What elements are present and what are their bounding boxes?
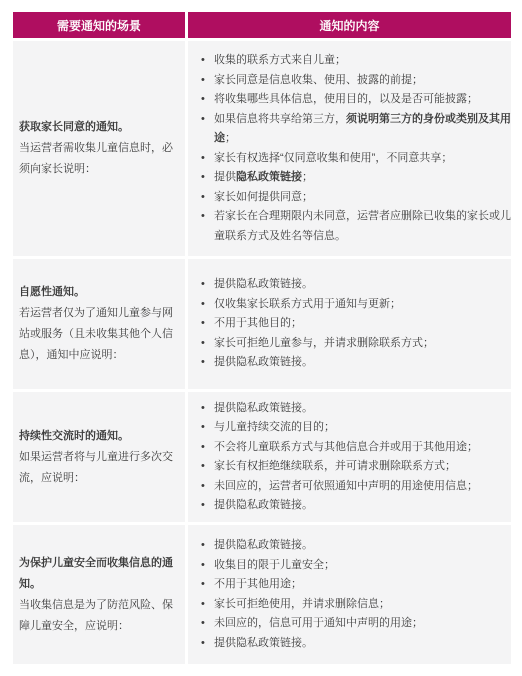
- bullet-text: 家长同意是信息收集、使用、披露的前提；: [214, 74, 423, 86]
- bullet-text: 仅收集家长联系方式用于通知与更新；: [214, 298, 401, 310]
- header-scenario: 需要通知的场景: [13, 12, 185, 38]
- table-body: 获取家长同意的通知。当运营者需收集儿童信息时，必须向家长说明：收集的联系方式来自…: [13, 41, 511, 664]
- scenario-cell: 为保护儿童安全而收集信息的通知。当收集信息是为了防范风险、保障儿童安全，应说明：: [13, 525, 185, 664]
- bullet-text: 提供隐私政策链接。: [214, 402, 313, 414]
- bullet-text: 家长如何提供同意；: [214, 191, 313, 203]
- bullet-item: 未回应的，信息可用于通知中声明的用途；: [188, 614, 511, 634]
- bullet-text: 未回应的，运营者可依照通知中声明的用途使用信息；: [214, 480, 478, 492]
- bullet-item: 家长同意是信息收集、使用、披露的前提；: [188, 71, 511, 91]
- notification-table: 需要通知的场景 通知的内容 获取家长同意的通知。当运营者需收集儿童信息时，必须向…: [10, 9, 514, 667]
- bullet-item: 提供隐私政策链接。: [188, 496, 511, 516]
- table-row: 持续性交流时的通知。如果运营者将与儿童进行多次交流，应说明：提供隐私政策链接。与…: [13, 392, 511, 522]
- bullet-item: 不用于其他用途；: [188, 575, 511, 595]
- scenario-title: 为保护儿童安全而收集信息的通知。: [19, 553, 179, 595]
- scenario-title: 持续性交流时的通知。: [19, 426, 179, 447]
- bullet-text: 如果信息将共享给第三方，: [214, 113, 346, 125]
- bullet-item: 提供隐私政策链接。: [188, 536, 511, 556]
- bullet-item: 若家长在合理期限内未同意，运营者应删除已收集的家长或儿童联系方式及姓名等信息。: [188, 207, 511, 246]
- scenario-cell: 自愿性通知。若运营者仅为了通知儿童参与网站或服务（且未收集其他个人信息），通知中…: [13, 259, 185, 389]
- scenario-description: 如果运营者将与儿童进行多次交流，应说明：: [19, 447, 179, 489]
- bullet-text: 未回应的，信息可用于通知中声明的用途；: [214, 617, 423, 629]
- bullet-item: 不会将儿童联系方式与其他信息合并或用于其他用途；: [188, 438, 511, 458]
- bullet-text: 提供隐私政策链接。: [214, 278, 313, 290]
- notice-content-cell: 提供隐私政策链接。仅收集家长联系方式用于通知与更新；不用于其他目的；家长可拒绝儿…: [188, 259, 511, 389]
- bullet-item: 家长如何提供同意；: [188, 188, 511, 208]
- table-row: 自愿性通知。若运营者仅为了通知儿童参与网站或服务（且未收集其他个人信息），通知中…: [13, 259, 511, 389]
- bullet-text: 将收集哪些具体信息，使用目的，以及是否可能披露；: [214, 93, 478, 105]
- bullet-text: 家长有权拒绝继续联系，并可请求删除联系方式；: [214, 460, 456, 472]
- bullet-text: 收集的联系方式来自儿童；: [214, 54, 346, 66]
- scenario-description: 若运营者仅为了通知儿童参与网站或服务（且未收集其他个人信息），通知中应说明：: [19, 303, 179, 366]
- bullet-text: 与儿童持续交流的目的；: [214, 421, 335, 433]
- bullet-item: 家长可拒绝儿童参与，并请求删除联系方式；: [188, 334, 511, 354]
- table-row: 为保护儿童安全而收集信息的通知。当收集信息是为了防范风险、保障儿童安全，应说明：…: [13, 525, 511, 664]
- bullet-text: ；: [225, 132, 236, 144]
- bullet-item: 提供隐私政策链接。: [188, 275, 511, 295]
- scenario-title: 自愿性通知。: [19, 282, 179, 303]
- table-row: 获取家长同意的通知。当运营者需收集儿童信息时，必须向家长说明：收集的联系方式来自…: [13, 41, 511, 256]
- bullet-text: 不用于其他用途；: [214, 578, 302, 590]
- bullet-text: 提供隐私政策链接。: [214, 637, 313, 649]
- document-page: 需要通知的场景 通知的内容 获取家长同意的通知。当运营者需收集儿童信息时，必须向…: [0, 0, 522, 676]
- scenario-title: 获取家长同意的通知。: [19, 117, 179, 138]
- table-header-row: 需要通知的场景 通知的内容: [13, 12, 511, 38]
- bullet-text: 提供隐私政策链接。: [214, 356, 313, 368]
- bullet-item: 家长可拒绝使用，并请求删除信息；: [188, 595, 511, 615]
- bullet-item: 收集的联系方式来自儿童；: [188, 51, 511, 71]
- bullet-list: 收集的联系方式来自儿童；家长同意是信息收集、使用、披露的前提；将收集哪些具体信息…: [188, 51, 511, 246]
- bullet-item: 家长有权选择“仅同意收集和使用”，不同意共享；: [188, 149, 511, 169]
- bullet-text-bold: 隐私政策链接: [236, 171, 302, 183]
- bullet-text: 提供: [214, 171, 236, 183]
- bullet-item: 提供隐私政策链接。: [188, 399, 511, 419]
- bullet-text: 不用于其他目的；: [214, 317, 302, 329]
- notice-content-cell: 提供隐私政策链接。收集目的限于儿童安全；不用于其他用途；家长可拒绝使用，并请求删…: [188, 525, 511, 664]
- bullet-item: 家长有权拒绝继续联系，并可请求删除联系方式；: [188, 457, 511, 477]
- bullet-text: 提供隐私政策链接。: [214, 539, 313, 551]
- scenario-cell: 持续性交流时的通知。如果运营者将与儿童进行多次交流，应说明：: [13, 392, 185, 522]
- bullet-text: 家长可拒绝使用，并请求删除信息；: [214, 598, 390, 610]
- bullet-item: 收集目的限于儿童安全；: [188, 556, 511, 576]
- bullet-item: 提供隐私政策链接；: [188, 168, 511, 188]
- scenario-cell: 获取家长同意的通知。当运营者需收集儿童信息时，必须向家长说明：: [13, 41, 185, 256]
- header-notice-content: 通知的内容: [188, 12, 511, 38]
- bullet-item: 仅收集家长联系方式用于通知与更新；: [188, 295, 511, 315]
- bullet-text: 家长可拒绝儿童参与，并请求删除联系方式；: [214, 337, 434, 349]
- bullet-text: 提供隐私政策链接。: [214, 499, 313, 511]
- bullet-item: 不用于其他目的；: [188, 314, 511, 334]
- bullet-item: 未回应的，运营者可依照通知中声明的用途使用信息；: [188, 477, 511, 497]
- notice-content-cell: 收集的联系方式来自儿童；家长同意是信息收集、使用、披露的前提；将收集哪些具体信息…: [188, 41, 511, 256]
- bullet-text: 家长有权选择“仅同意收集和使用”，不同意共享；: [214, 152, 452, 164]
- bullet-text: ；: [302, 171, 313, 183]
- bullet-text: 收集目的限于儿童安全；: [214, 559, 335, 571]
- bullet-list: 提供隐私政策链接。仅收集家长联系方式用于通知与更新；不用于其他目的；家长可拒绝儿…: [188, 275, 511, 373]
- bullet-list: 提供隐私政策链接。收集目的限于儿童安全；不用于其他用途；家长可拒绝使用，并请求删…: [188, 536, 511, 653]
- bullet-item: 提供隐私政策链接。: [188, 634, 511, 654]
- bullet-item: 与儿童持续交流的目的；: [188, 418, 511, 438]
- bullet-text: 若家长在合理期限内未同意，运营者应删除已收集的家长或儿童联系方式及姓名等信息。: [214, 210, 511, 242]
- bullet-item: 提供隐私政策链接。: [188, 353, 511, 373]
- bullet-list: 提供隐私政策链接。与儿童持续交流的目的；不会将儿童联系方式与其他信息合并或用于其…: [188, 399, 511, 516]
- scenario-description: 当运营者需收集儿童信息时，必须向家长说明：: [19, 138, 179, 180]
- bullet-item: 将收集哪些具体信息，使用目的，以及是否可能披露；: [188, 90, 511, 110]
- scenario-description: 当收集信息是为了防范风险、保障儿童安全，应说明：: [19, 595, 179, 637]
- bullet-text: 不会将儿童联系方式与其他信息合并或用于其他用途；: [214, 441, 478, 453]
- bullet-item: 如果信息将共享给第三方，须说明第三方的身份或类别及其用途；: [188, 110, 511, 149]
- notice-content-cell: 提供隐私政策链接。与儿童持续交流的目的；不会将儿童联系方式与其他信息合并或用于其…: [188, 392, 511, 522]
